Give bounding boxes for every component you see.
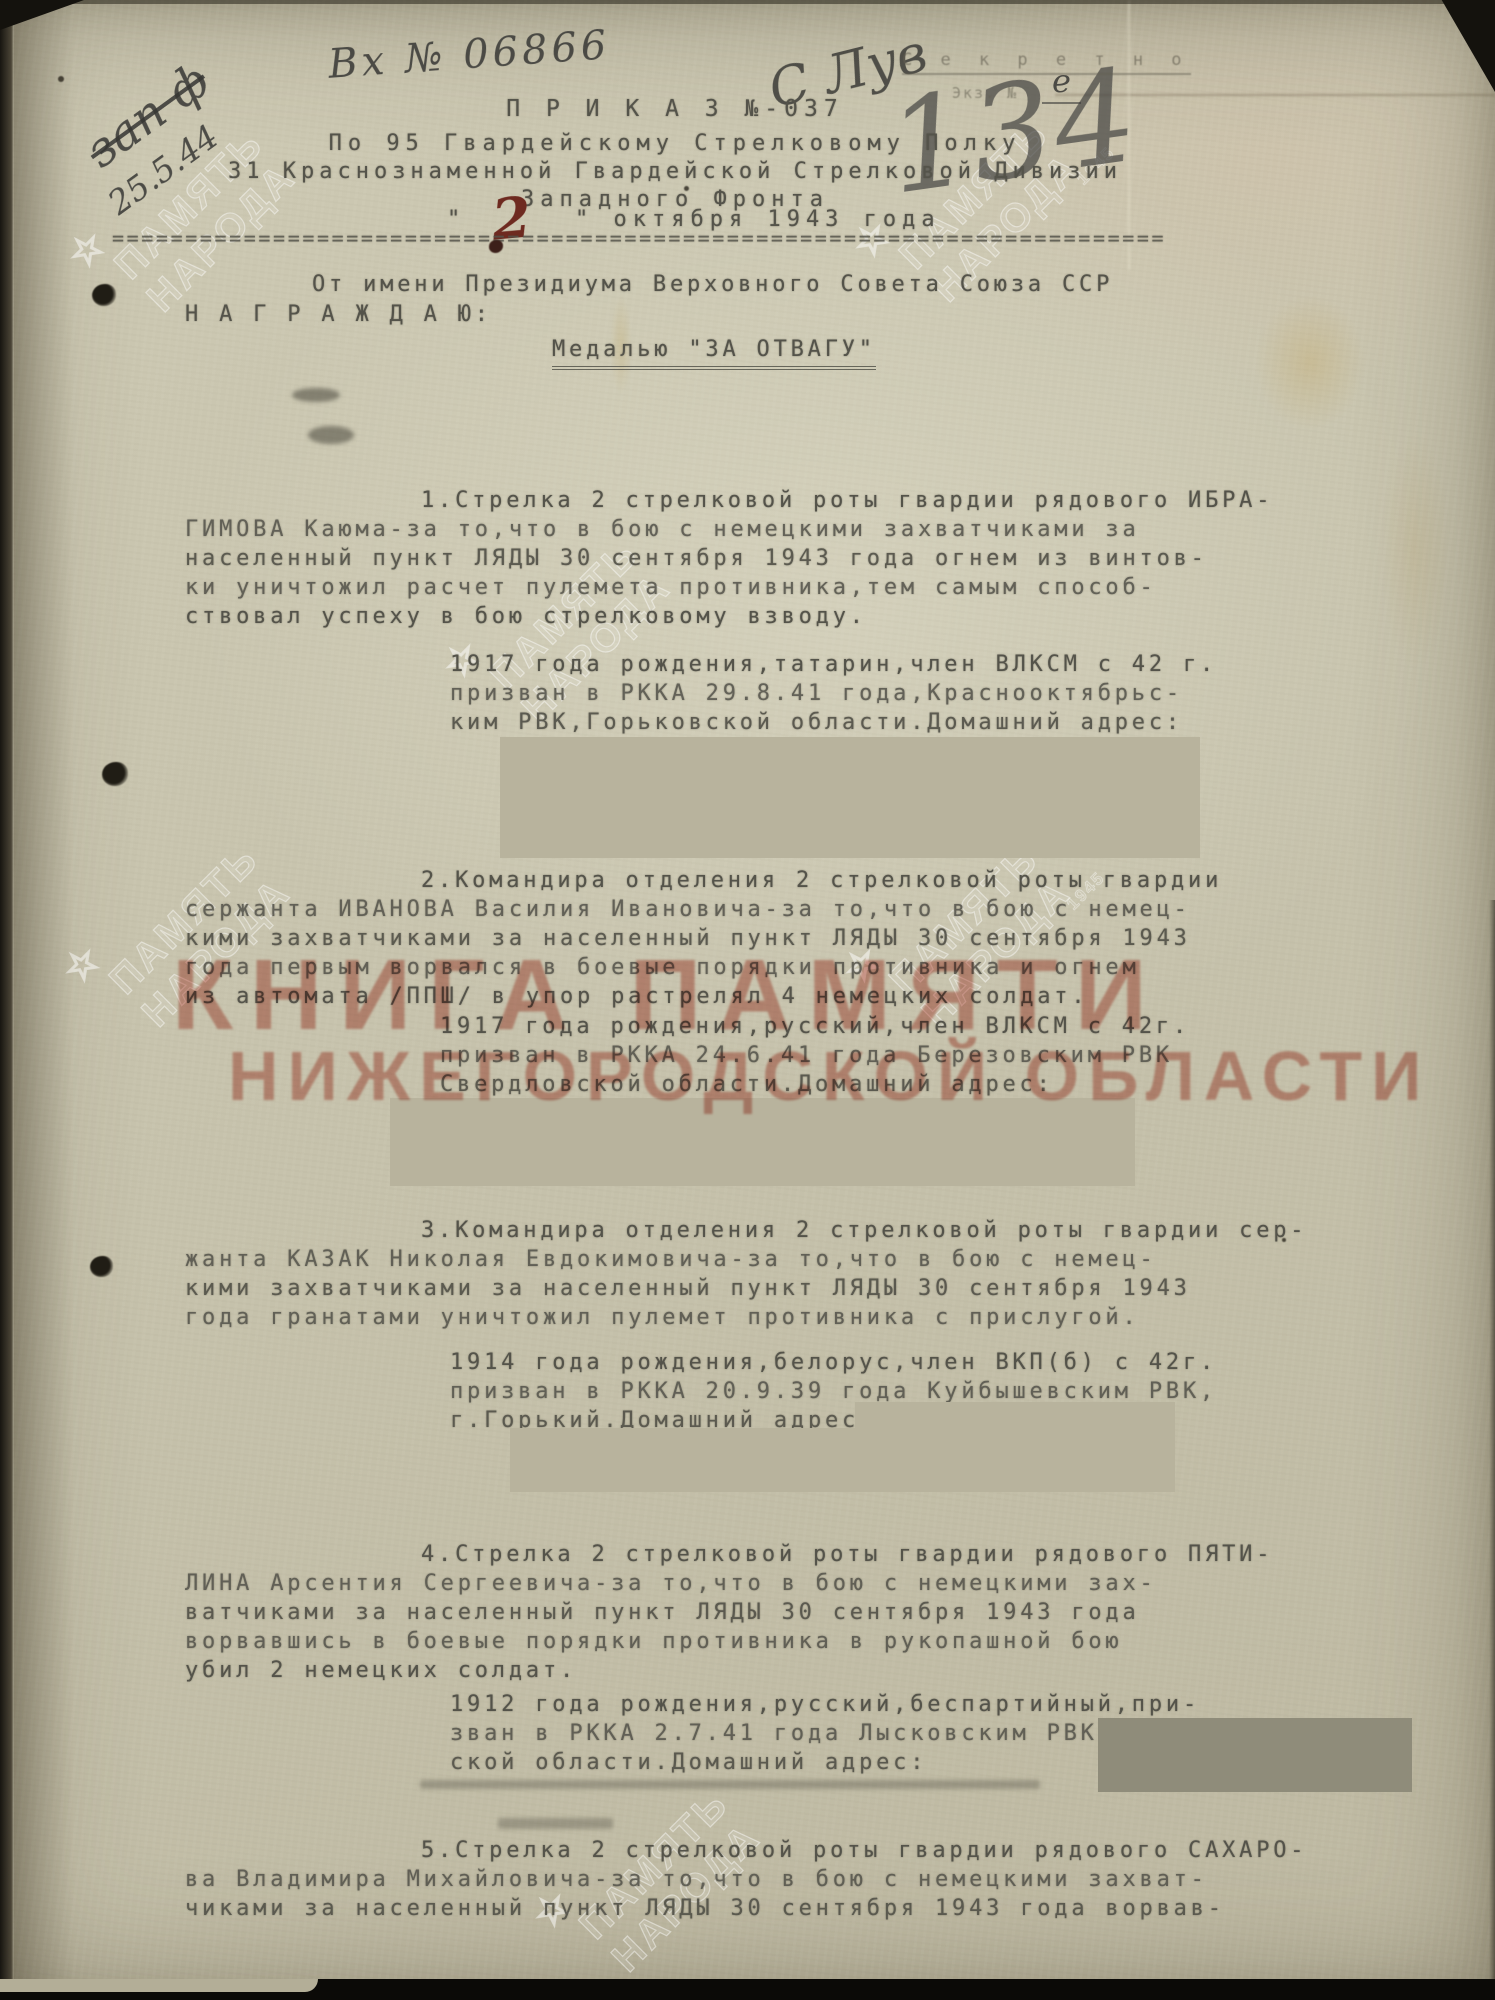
citation-line: кими захватчиками за населенный пункт ЛЯ… [185,1274,1307,1303]
order-unit-line: По 95 Гвардейскому Стрелковому Полку [150,131,1200,156]
scan-corner-top-right [1430,0,1495,92]
scan-edge-right [1489,900,1495,2000]
citation-line: чиками за населенный пункт ЛЯДЫ 30 сентя… [185,1894,1307,1923]
preamble-award: Н А Г Р А Ж Д А Ю: [185,302,492,327]
redaction-block-address-3b [510,1428,1175,1492]
ink-smudge [308,426,354,444]
detail-line: ким РВК,Горьковской области.Домашний адр… [450,708,1217,737]
paper-bottom-edge [0,1979,318,1992]
citation-line: сержанта ИВАНОВА Василия Ивановича-за то… [185,895,1222,924]
citation-line: ствовал успеху в бою стрелковому взводу. [185,602,1273,631]
citation-line: населенный пункт ЛЯДЫ 30 сентября 1943 г… [185,544,1273,573]
detail-line: призван в РККА 29.8.41 года,Краснооктябр… [450,679,1217,708]
detail-line: 1917 года рождения,татарин,член ВЛКСМ с … [450,650,1217,679]
entry-1-details: 1917 года рождения,татарин,член ВЛКСМ с … [450,650,1217,737]
citation-line: ватчиками за населенный пункт ЛЯДЫ 30 се… [185,1598,1273,1627]
paper-stain [1380,430,1450,670]
scanned-document-page: ☆ ПАМЯТЬ НАРОДА ☆ ПАМЯТЬ НАРОДА 1945 ☆ П… [0,0,1495,2000]
citation-line: 5.Стрелка 2 стрелковой роты гвардии рядо… [185,1836,1307,1865]
citation-line: ки уничтожил расчет пулемета противника,… [185,573,1273,602]
citation-line: ва Владимира Михайловича-за то,что в бою… [185,1865,1307,1894]
punch-hole [90,1256,113,1277]
scan-edge-left [0,0,14,2000]
scan-edge-left-shadow [14,0,74,2000]
clipped-text-fragment [498,1818,613,1829]
medal-heading: Медалью "ЗА ОТВАГУ" [552,337,876,370]
citation-line: ворвавшись в боевые порядки противника в… [185,1627,1273,1656]
entry-5-citation: 5.Стрелка 2 стрелковой роты гвардии рядо… [185,1836,1307,1923]
red-stamp-region: НИЖЕГОРОДСКОЙ ОБЛАСТИ [228,1036,1431,1116]
citation-line: 4.Стрелка 2 стрелковой роты гвардии рядо… [185,1540,1273,1569]
citation-line: 1.Стрелка 2 стрелковой роты гвардии рядо… [185,486,1273,515]
citation-line: года гранатами уничтожил пулемет противн… [185,1303,1307,1332]
order-title: П Р И К А З №-037 [150,96,1200,122]
order-division-line: 31 Краснознаменной Гвардейской Стрелково… [150,159,1200,184]
paper-stain [1255,295,1365,430]
punch-hole [92,284,116,306]
redaction-block-address-3a [855,1402,1175,1430]
citation-line: ЛИНА Арсентия Сергеевича-за то,что в бою… [185,1569,1273,1598]
punch-hole [102,762,128,786]
citation-line: 2.Командира отделения 2 стрелковой роты … [185,866,1222,895]
citation-line: 3.Командира отделения 2 стрелковой роты … [185,1216,1307,1245]
redaction-block-address-1 [500,737,1200,858]
handwritten-incoming-number: Вх № 06866 [327,22,612,88]
ink-smudge [292,388,340,402]
redaction-block-address-4 [1098,1718,1412,1792]
preamble-from: От имени Президиума Верховного Совета Со… [312,272,1113,297]
detail-line: 1912 года рождения,русский,беспартийный,… [450,1690,1251,1719]
scan-edge-top [0,0,1495,4]
citation-line: жанта КАЗАК Николая Евдокимовича-за то,ч… [185,1245,1307,1274]
separator-line: ========================================… [112,226,1166,250]
dust-speck [1282,1238,1286,1242]
citation-line: убил 2 немецких солдат. [185,1656,1273,1685]
clipped-text-fragment [420,1780,1040,1789]
entry-3-citation: 3.Командира отделения 2 стрелковой роты … [185,1216,1307,1332]
citation-line: ГИМОВА Каюма-за то,что в бою с немецкими… [185,515,1273,544]
entry-1-citation: 1.Стрелка 2 стрелковой роты гвардии рядо… [185,486,1273,631]
detail-line: 1914 года рождения,белорус,член ВКП(б) с… [450,1348,1217,1377]
entry-4-citation: 4.Стрелка 2 стрелковой роты гвардии рядо… [185,1540,1273,1685]
dust-speck [684,186,689,191]
